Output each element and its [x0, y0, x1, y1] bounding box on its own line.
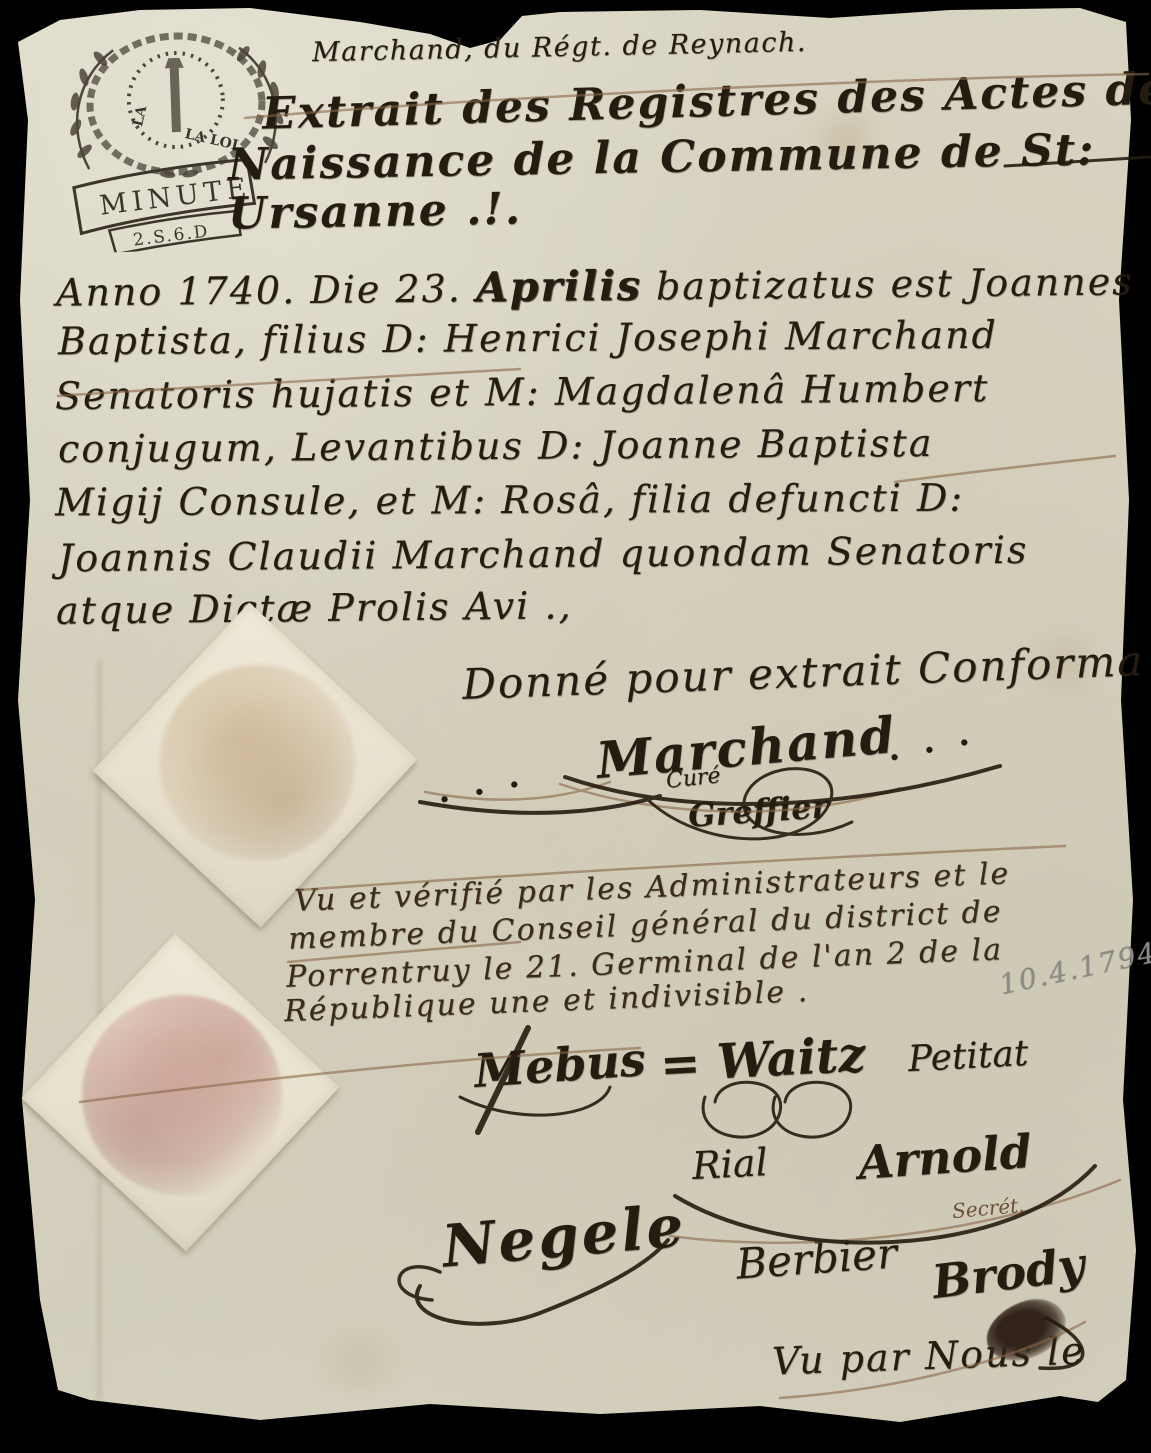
body-line-1-date: Anno 1740. Die 23. — [56, 266, 462, 314]
body-line-7: atque Dictæ Prolis Avi ., — [56, 583, 573, 632]
scan-background: { "page": { "background_color": "#000000… — [0, 0, 1151, 1453]
body-line-4: conjugum, Levantibus D: Joanne Baptista — [58, 421, 934, 471]
stamp-fee-value: 2.S.6.D — [132, 221, 210, 250]
signature-rial: Rial — [691, 1140, 769, 1188]
stamp-motto-part: LA — [130, 103, 151, 128]
title-line-3: Ursanne .!. — [228, 183, 523, 239]
body-line-3: Senatoris hujatis et M: Magdalenâ Humber… — [55, 366, 990, 418]
body-line-5: Migij Consule, et M: Rosâ, filia defunct… — [55, 476, 964, 525]
body-line-2: Baptista, filius D: Henrici Josephi Marc… — [58, 313, 998, 364]
embossed-seal-1-icon — [160, 665, 355, 860]
body-line-1-month: Aprilis — [476, 262, 642, 312]
signature-petitat: Petitat — [907, 1033, 1029, 1080]
body-line-6: Joannis Claudii Marchand quondam Senator… — [58, 528, 1029, 580]
body-line-1-rest: baptizatus est Joannes — [656, 259, 1134, 308]
signature-waitz: = Waitz — [659, 1027, 867, 1094]
foxing-stain — [300, 1330, 420, 1390]
wax-seal-2-icon — [82, 995, 282, 1195]
